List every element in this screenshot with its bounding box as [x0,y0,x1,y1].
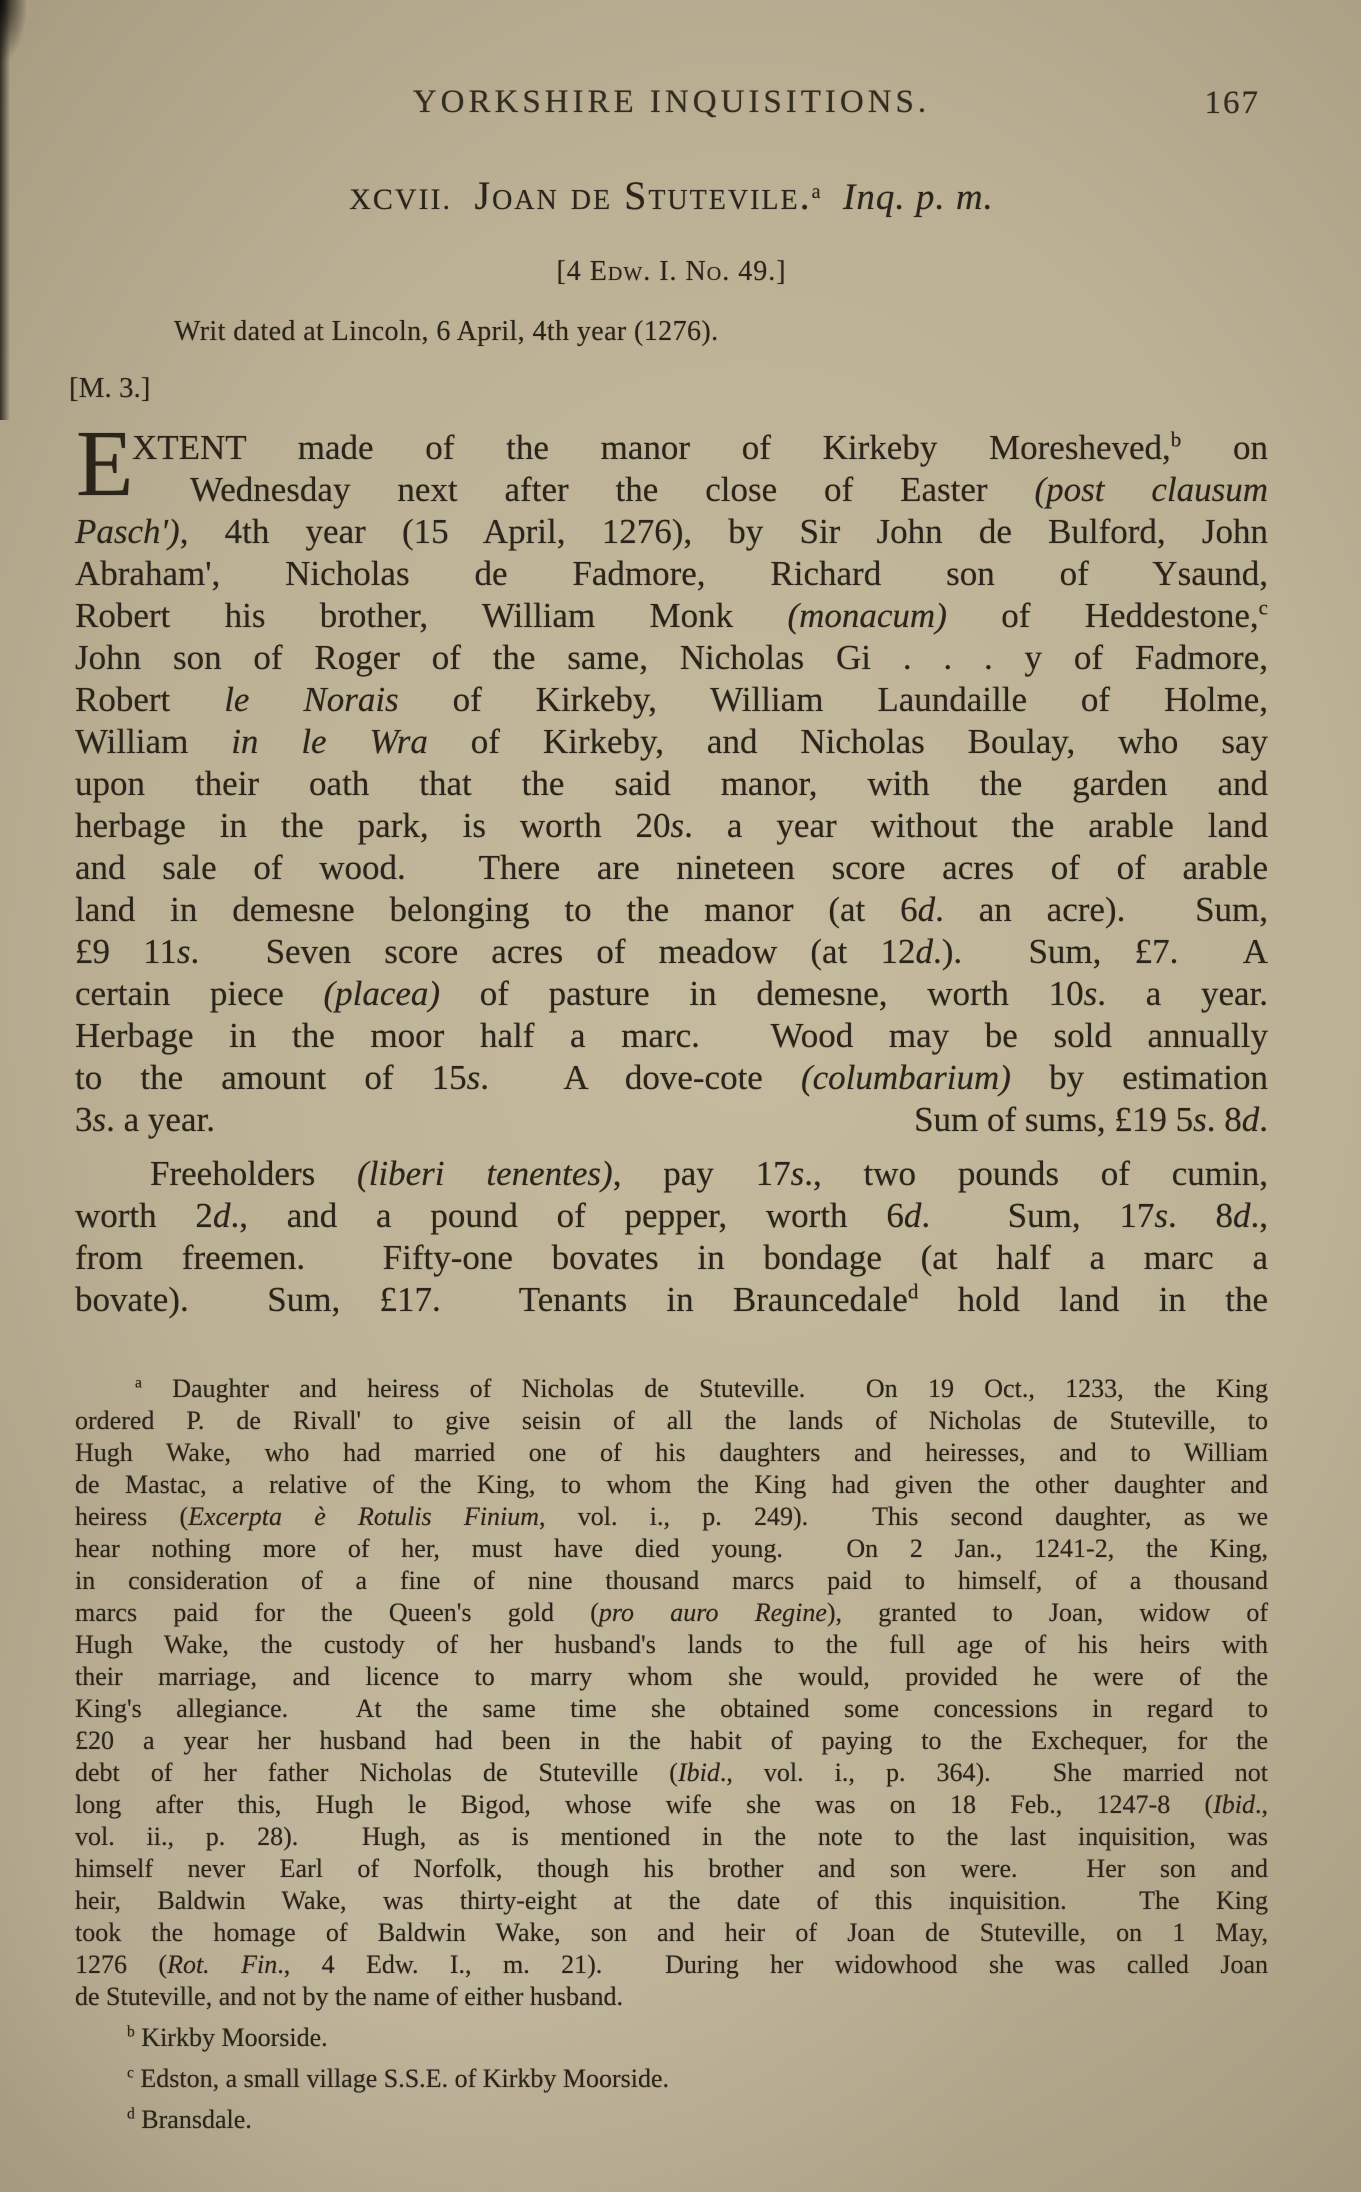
heading-numeral: XCVII. [349,183,452,216]
text-line: XTENT made of the manor of Kirkeby Mores… [75,427,1268,469]
text-line: and sale of wood. There are nineteen sco… [75,847,1268,889]
scan-corner-shadow [0,0,26,60]
text-line: ordered P. de Rivall' to give seisin of … [75,1405,1268,1437]
text-line: took the homage of Baldwin Wake, son and… [75,1917,1268,1949]
text-line: in consideration of a fine of nine thous… [75,1565,1268,1597]
text-line: long after this, Hugh le Bigod, whose wi… [75,1789,1268,1821]
page-number: 167 [1205,85,1261,122]
text-line: from freemen. Fifty-one bovates in bonda… [75,1237,1268,1279]
text-line: John son of Roger of the same, Nicholas … [75,637,1268,679]
text-line: heiress (Excerpta è Rotulis Finium, vol.… [75,1501,1268,1533]
archive-reference: [4 Edw. I. No. 49.] [75,256,1268,288]
text-line: hear nothing more of her, must have died… [75,1533,1268,1565]
heading-footnote-ref: a [812,181,821,203]
text-line: debt of her father Nicholas de Stutevill… [75,1757,1268,1789]
footnote-d: d Bransdale. [75,2104,1268,2136]
text-line: £20 a year her husband had been in the h… [75,1725,1268,1757]
text-line: de Stuteville, and not by the name of ei… [75,1981,1268,2013]
body-text: E XTENT made of the manor of Kirkeby Mor… [75,427,1268,1321]
scan-edge-shadow [0,0,10,420]
text-line: 1276 (Rot. Fin., 4 Edw. I., m. 21). Duri… [75,1949,1268,1981]
text-line: vol. ii., p. 28). Hugh, as is mentioned … [75,1821,1268,1853]
drop-cap: E [76,417,133,511]
body-lines: XTENT made of the manor of Kirkeby Mores… [75,427,1268,1321]
text-line: to the amount of 15s. A dove-cote (colum… [75,1057,1268,1099]
text-line: Freeholders (liberi tenentes), pay 17s.,… [75,1153,1268,1195]
text-line: Abraham', Nicholas de Fadmore, Richard s… [75,553,1268,595]
text-line: certain piece (placea) of pasture in dem… [75,973,1268,1015]
text-line: upon their oath that the said manor, wit… [75,763,1268,805]
heading-inquisition-type: Inq. p. m. [843,177,994,218]
footnote-a: a Daughter and heiress of Nicholas de St… [75,1373,1268,2013]
text-line: himself never Earl of Norfolk, though hi… [75,1853,1268,1885]
text-line: Hugh Wake, who had married one of his da… [75,1437,1268,1469]
text-line: a Daughter and heiress of Nicholas de St… [75,1373,1268,1405]
writ-text: Writ dated at Lincoln, 6 April, 4th year… [174,316,1268,348]
running-header: YORKSHIRE INQUISITIONS. 167 [75,84,1268,128]
text-line: bovate). Sum, £17. Tenants in Brauncedal… [75,1279,1268,1321]
writ-line: Writ dated at Lincoln, 6 April, 4th year… [75,316,1268,348]
sum-line-right: Sum of sums, £19 5s. 8d. [914,1099,1268,1141]
text-line: Robert his brother, William Monk (monacu… [75,595,1268,637]
text-line: Pasch'), 4th year (15 April, 1276), by S… [75,511,1268,553]
text-line: herbage in the park, is worth 20s. a yea… [75,805,1268,847]
text-line: worth 2d., and a pound of pepper, worth … [75,1195,1268,1237]
text-line: Wednesday next after the close of Easter… [75,469,1268,511]
header-title: YORKSHIRE INQUISITIONS. [75,84,1268,121]
book-page-scan: YORKSHIRE INQUISITIONS. 167 XCVII. Joan … [0,0,1361,2192]
footnote-c: c Edston, a small village S.S.E. of Kirk… [75,2063,1268,2095]
text-line: William in le Wra of Kirkeby, and Nichol… [75,721,1268,763]
membrane-number: [M. 3.] [69,372,1262,405]
sum-line-left: 3s. a year. [75,1099,215,1141]
text-line: £9 11s. Seven score acres of meadow (at … [75,931,1268,973]
text-line: their marriage, and licence to marry who… [75,1661,1268,1693]
text-line: land in demesne belonging to the manor (… [75,889,1268,931]
text-line: marcs paid for the Queen's gold (pro aur… [75,1597,1268,1629]
text-line: Hugh Wake, the custody of her husband's … [75,1629,1268,1661]
text-line: King's allegiance. At the same time she … [75,1693,1268,1725]
text-line: Herbage in the moor half a marc. Wood ma… [75,1015,1268,1057]
entry-heading: XCVII. Joan de Stutevile.a Inq. p. m. [75,172,1268,219]
text-line: de Mastac, a relative of the King, to wh… [75,1469,1268,1501]
heading-name: Joan de Stutevile. [475,173,812,218]
footnotes-section: a Daughter and heiress of Nicholas de St… [75,1373,1268,2136]
text-line: Robert le Norais of Kirkeby, William Lau… [75,679,1268,721]
text-line: 3s. a year.Sum of sums, £19 5s. 8d. [75,1099,1268,1141]
text-line: heir, Baldwin Wake, was thirty-eight at … [75,1885,1268,1917]
footnote-b: b Kirkby Moorside. [75,2022,1268,2054]
